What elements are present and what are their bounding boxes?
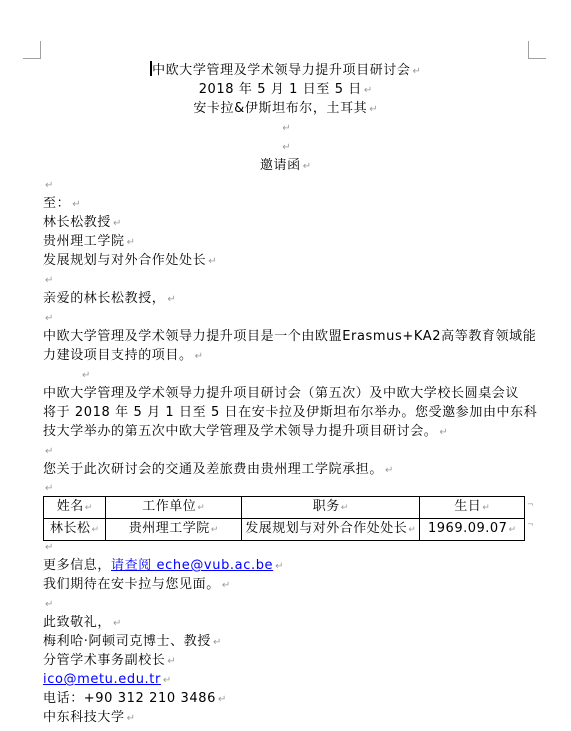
paragraph-mark: ↵ xyxy=(364,85,372,96)
paragraph-mark: ↵ xyxy=(282,142,290,153)
paragraph-mark: ↵ xyxy=(72,199,80,210)
recipient-to-label: 至： xyxy=(43,196,70,211)
paragraph-mark: ↵ xyxy=(127,237,135,248)
empty-paragraph[interactable]: ↵ xyxy=(43,537,53,556)
empty-paragraph[interactable]: ↵ xyxy=(80,365,90,384)
paragraph-mark: ↵ xyxy=(113,618,121,629)
paragraph-mark: ↵ xyxy=(218,694,226,705)
paragraph-mark: ↵ xyxy=(439,427,447,438)
university-line[interactable]: 中东科技大学↵ xyxy=(43,708,135,727)
table-cell-birthday[interactable]: 1969.09.07↵ xyxy=(420,519,525,541)
paragraph-2-line-2[interactable]: 将于 2018 年 5 月 1 日至 5 日在安卡拉及伊斯坦布尔举办。您受邀参加… xyxy=(43,403,537,422)
salutation-line[interactable]: 亲爱的林长松教授，↵ xyxy=(43,289,176,308)
paragraph-2-line-3[interactable]: 技大学举办的第五次中欧大学管理及学术领导力提升项目研讨会。↵ xyxy=(43,422,448,441)
email-line[interactable]: ico@metu.edu.tr↵ xyxy=(43,670,171,689)
conference-title-line[interactable]: 中欧大学管理及学术领导力提升项目研讨会↵ xyxy=(0,61,571,80)
recipient-institution: 贵州理工学院 xyxy=(43,234,125,249)
paragraph-mark: ↵ xyxy=(303,161,311,172)
phone-text: 电话：+90 312 210 3486 xyxy=(43,691,216,706)
empty-paragraph[interactable]: ↵ xyxy=(43,308,53,327)
recipient-name: 林长松教授 xyxy=(43,215,111,230)
paragraph-1-line-2[interactable]: 力建设项目支持的项目。↵ xyxy=(43,346,203,365)
table-header-cell[interactable]: 工作单位↵ xyxy=(106,497,242,519)
paragraph-mark: ↵ xyxy=(163,675,171,686)
paragraph-mark: ↵ xyxy=(82,370,90,381)
table-header-cell[interactable]: 职务↵ xyxy=(242,497,420,519)
paragraph-mark: ↵ xyxy=(413,66,421,77)
table-header-cell[interactable]: 生日↵ xyxy=(420,497,525,519)
looking-forward-line[interactable]: 我们期待在安卡拉与您见面。↵ xyxy=(43,575,230,594)
conference-location: 安卡拉&伊斯坦布尔，土耳其 xyxy=(193,101,367,116)
paragraph-2-text: 技大学举办的第五次中欧大学管理及学术领导力提升项目研讨会。 xyxy=(43,424,437,439)
paragraph-mark: ↵ xyxy=(167,656,175,667)
table-header-cell[interactable]: 姓名↵ xyxy=(44,497,106,519)
end-of-row-mark: ¬ xyxy=(527,500,534,509)
paragraph-2-line-1[interactable]: 中欧大学管理及学术领导力提升项目研讨会（第五次）及中欧大学校长圆桌会议 xyxy=(43,384,519,403)
paragraph-1-text: 中欧大学管理及学术领导力提升项目是一个由欧盟Erasmus+KA2高等教育领域能 xyxy=(43,329,536,344)
empty-paragraph[interactable]: ↵ xyxy=(43,175,53,194)
signer-title: 分管学术事务副校长 xyxy=(43,653,165,668)
paragraph-mark: ↵ xyxy=(45,483,53,494)
paragraph-mark: ↵ xyxy=(45,275,53,286)
empty-paragraph[interactable]: ↵ xyxy=(0,137,571,156)
conference-location-line[interactable]: 安卡拉&伊斯坦布尔，土耳其↵ xyxy=(0,99,571,118)
more-info-line[interactable]: 更多信息，请查阅 eche@vub.ac.be↵ xyxy=(43,556,284,575)
recipient-to-line[interactable]: 至：↵ xyxy=(43,194,81,213)
paragraph-mark: ↵ xyxy=(167,294,175,305)
recipient-position-line[interactable]: 发展规划与对外合作处处长↵ xyxy=(43,251,217,270)
page-corner-mark-top-left xyxy=(23,41,41,59)
more-info-link[interactable]: 请查阅 eche@vub.ac.be xyxy=(111,558,273,573)
university-name: 中东科技大学 xyxy=(43,710,125,725)
signer-name: 梅利哈·阿顿司克博士、教授 xyxy=(43,634,211,649)
paragraph-mark: ↵ xyxy=(213,637,221,648)
paragraph-2-text: 中欧大学管理及学术领导力提升项目研讨会（第五次）及中欧大学校长圆桌会议 xyxy=(43,386,519,401)
paragraph-2-text: 将于 2018 年 5 月 1 日至 5 日在安卡拉及伊斯坦布尔举办。您受邀参加… xyxy=(43,405,537,420)
signer-title-line[interactable]: 分管学术事务副校长↵ xyxy=(43,651,176,670)
salutation: 亲爱的林长松教授， xyxy=(43,291,165,306)
recipient-institution-line[interactable]: 贵州理工学院↵ xyxy=(43,232,135,251)
empty-paragraph[interactable]: ↵ xyxy=(43,594,53,613)
empty-paragraph[interactable]: ↵ xyxy=(43,270,53,289)
paragraph-mark: ↵ xyxy=(369,104,377,115)
recipient-position: 发展规划与对外合作处处长 xyxy=(43,253,206,268)
table-row: 林长松↵ 贵州理工学院↵ 发展规划与对外合作处处长↵ 1969.09.07↵ xyxy=(44,519,525,541)
document-type: 邀请函 xyxy=(260,158,301,173)
participant-table: 姓名↵ 工作单位↵ 职务↵ 生日↵ 林长松↵ 贵州理工学院↵ 发展规划与对外合作… xyxy=(43,496,525,541)
paragraph-mark: ↵ xyxy=(282,123,290,134)
table-cell-position[interactable]: 发展规划与对外合作处处长↵ xyxy=(242,519,420,541)
phone-line[interactable]: 电话：+90 312 210 3486↵ xyxy=(43,689,226,708)
paragraph-mark: ↵ xyxy=(113,218,121,229)
table-cell-institution[interactable]: 贵州理工学院↵ xyxy=(106,519,242,541)
page-corner-mark-top-right xyxy=(528,41,546,59)
paragraph-mark: ↵ xyxy=(45,599,53,610)
email-link[interactable]: ico@metu.edu.tr xyxy=(43,672,161,687)
conference-date: 2018 年 5 月 1 日至 5 日 xyxy=(199,82,362,97)
regards-text: 此致敬礼， xyxy=(43,615,111,630)
paragraph-mark: ↵ xyxy=(45,313,53,324)
paragraph-mark: ↵ xyxy=(127,713,135,724)
table-header-row: 姓名↵ 工作单位↵ 职务↵ 生日↵ xyxy=(44,497,525,519)
paragraph-mark: ↵ xyxy=(45,180,53,191)
paragraph-mark: ↵ xyxy=(195,351,203,362)
empty-paragraph[interactable]: ↵ xyxy=(43,441,53,460)
looking-forward-text: 我们期待在安卡拉与您见面。 xyxy=(43,577,220,592)
paragraph-3-text: 您关于此次研讨会的交通及差旅费由贵州理工学院承担。 xyxy=(43,462,383,477)
paragraph-mark: ↵ xyxy=(45,446,53,457)
more-info-prefix: 更多信息， xyxy=(43,558,111,573)
end-of-row-mark: ¬ xyxy=(527,520,534,529)
paragraph-mark: ↵ xyxy=(385,465,393,476)
paragraph-3-line[interactable]: 您关于此次研讨会的交通及差旅费由贵州理工学院承担。↵ xyxy=(43,460,393,479)
paragraph-1-text: 力建设项目支持的项目。 xyxy=(43,348,193,363)
paragraph-1-line-1[interactable]: 中欧大学管理及学术领导力提升项目是一个由欧盟Erasmus+KA2高等教育领域能 xyxy=(43,327,536,346)
signer-line[interactable]: 梅利哈·阿顿司克博士、教授↵ xyxy=(43,632,221,651)
document-type-line[interactable]: 邀请函↵ xyxy=(0,156,571,175)
paragraph-mark: ↵ xyxy=(45,542,53,553)
paragraph-mark: ↵ xyxy=(208,256,216,267)
paragraph-mark: ↵ xyxy=(222,580,230,591)
recipient-name-line[interactable]: 林长松教授↵ xyxy=(43,213,121,232)
empty-paragraph[interactable]: ↵ xyxy=(43,478,53,497)
regards-line[interactable]: 此致敬礼，↵ xyxy=(43,613,121,632)
conference-date-line[interactable]: 2018 年 5 月 1 日至 5 日↵ xyxy=(0,80,571,99)
conference-title: 中欧大学管理及学术领导力提升项目研讨会 xyxy=(152,63,410,78)
paragraph-mark: ↵ xyxy=(275,561,283,572)
empty-paragraph[interactable]: ↵ xyxy=(0,118,571,137)
